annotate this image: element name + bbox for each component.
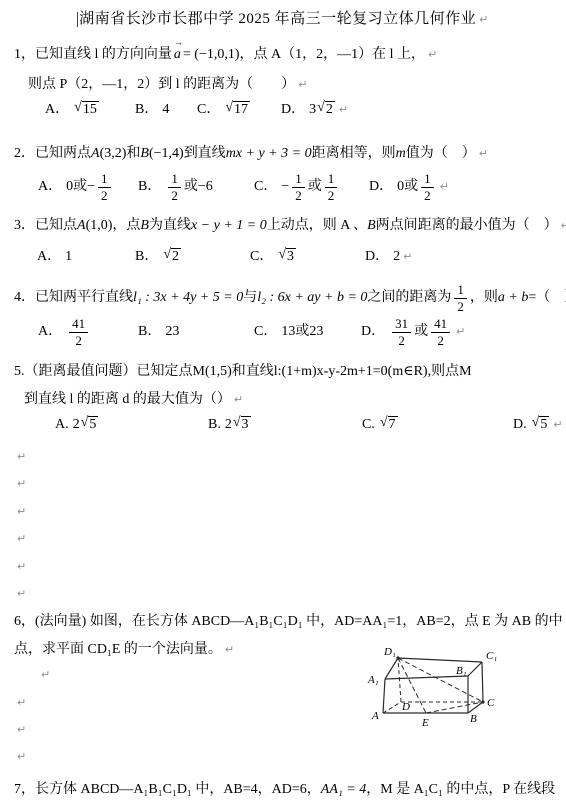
option-C: C．13 或 23 [254,323,361,341]
empty-line: ↵ [14,532,26,546]
paragraph-mark: ↵ [234,393,243,407]
text-run: mx + y + 3 = 0 [226,145,312,163]
option-label: D. [513,416,527,434]
text-run: a + b [498,289,528,307]
text-run: 之间的距离为 [367,289,451,307]
option-D: D．312或412↵ [361,317,465,347]
text-run: 4．已知两平行直线 [14,289,133,307]
paragraph-mark: ↵ [561,219,566,233]
square-root: √5 [532,416,550,433]
paragraph-mark: ↵ [339,103,348,117]
option-A: A．412 [38,317,138,347]
text-run: 或 [404,178,418,196]
page-title: 湖南省长沙市长郡中学 2025 年高三一轮复习立体几何作业 ↵ [0,10,566,29]
square-root: √5 [81,416,99,433]
text-run: 1，已知直线 l 的方向向量 [14,46,172,64]
text-run: (3,2) [100,145,127,163]
paragraph-mark: ↵ [298,78,307,92]
option-A: A.2 √5 [55,416,208,434]
text-run: 13 [281,323,295,341]
text-run: 或 [184,178,198,196]
option-label: B． [135,101,158,119]
text-run: 23 [165,323,179,341]
fraction: 12 [292,172,305,202]
text-run: 点，求平面 CD₁E 的一个法向量。 [14,641,222,659]
question-3-options: A．1B．√2C．√3D．2↵ [37,248,412,266]
text-run: M [459,363,471,381]
option-D: D．3√2↵ [281,101,348,119]
text-run: 到直线 [184,145,226,163]
text-run: 或 [295,323,309,341]
cuboid-figure: D₁ C₁ A₁ B₁ D C A B E [362,641,505,749]
question-5-options: A.2 √5B.2 √3C.√7D.√5↵ [55,416,563,434]
question-4-options: A．412B．23C．13 或 23D．312或412↵ [38,313,465,351]
option-D: D．0 或 12↵ [369,172,449,202]
vector-symbol: a [174,46,181,64]
fraction: 12 [325,172,338,202]
option-D: D．2↵ [365,248,412,266]
text-run: B [367,217,376,235]
paragraph-mark: ↵ [479,147,488,161]
text-run: 两点间距离的最小值为（ ） [376,217,558,235]
text-run: A [77,217,86,235]
vertex-label-D1: D₁ [383,646,396,658]
option-B: B．23 [138,323,254,341]
question-7-stem: 7，长方体 ABCD—A₁B₁C₁D₁ 中，AB=4，AD=6，AA₁ = 4 … [14,781,555,799]
question-6-stem-line-2: 点，求平面 CD₁E 的一个法向量。↵ [14,641,234,659]
text-run: 0 [66,178,73,196]
paragraph-mark: ↵ [225,643,234,657]
text-run: 则点 P（2，—1，2）到 l 的距离为（ ） [28,76,295,94]
paragraph-mark: ↵ [17,560,26,574]
text-run: 值为（ ） [406,145,476,163]
option-C: C．−12 或 12 [254,172,369,202]
text-run: 23 [309,323,323,341]
question-3-stem: 3．已知点 A(1,0)，点 B 为直线 x − y + 1 = 0 上动点，则… [14,217,566,235]
vertex-label-A: A [371,710,379,722]
text-run: l₂ : 6x + ay + b = 0 [257,289,367,307]
square-root: √17 [225,101,250,118]
option-label: B． [135,248,158,266]
question-1-stem-line-2: 则点 P（2，—1，2）到 l 的距离为（ ）↵ [28,76,307,94]
option-label: D． [361,323,385,341]
text-run: 1 [65,248,72,266]
text-run: ，点 [112,217,140,235]
text-run: 2 [225,416,232,434]
document-page: 湖南省长沙市长郡中学 2025 年高三一轮复习立体几何作业 ↵ 1，已知直线 l… [0,0,566,811]
text-run: 6，(法向量) 如图，在长方体 ABCD—A₁B₁C₁D₁ 中，AD=AA₁=1… [14,613,563,631]
empty-line: ↵ [14,750,26,764]
option-label: C． [254,323,277,341]
text-run: 3．已知点 [14,217,77,235]
text-run: 0 [397,178,404,196]
option-label: D． [369,178,393,196]
square-root: √2 [317,101,335,118]
text-run: 为直线 [149,217,191,235]
question-1-options: A．√15B．4C．√17D．3√2↵ [45,101,348,119]
text-run: m [396,145,406,163]
option-B: B.2 √3 [208,416,362,434]
vertex-label-D: D [401,701,410,713]
option-label: C. [362,416,375,434]
option-label: B． [138,178,161,196]
square-root: √3 [278,248,296,265]
text-run: 上动点，则 A 、 [267,217,367,235]
option-label: B. [208,416,221,434]
text-run: 和直线 [232,363,274,381]
fraction: 12 [98,172,111,202]
option-C: C．√17 [197,101,281,119]
paragraph-mark: ↵ [41,668,50,682]
text-run: 或 [73,178,87,196]
square-root: √7 [380,416,398,433]
option-label: D． [281,101,305,119]
vertex-dot-D1 [396,656,399,659]
fraction: 12 [454,283,467,313]
text-run: （ ） [536,289,566,307]
fraction: 12 [421,172,434,202]
text-run: 或 [414,323,428,341]
text-run: A [91,145,100,163]
text-run: 2．已知两点 [14,145,91,163]
option-label: A． [45,101,69,119]
option-label: A． [38,323,62,341]
option-label: A. [55,416,69,434]
paragraph-mark: ↵ [17,505,26,519]
empty-line: ↵ [14,450,26,464]
text-run: ，则 [470,289,498,307]
empty-line: ↵ [14,477,26,491]
text-run: M(1,5) [193,363,232,381]
text-run: 或 [308,178,322,196]
text-run: 则点 [431,363,459,381]
paragraph-mark: ↵ [17,723,26,737]
option-label: C． [197,101,220,119]
square-root: √2 [163,248,181,265]
text-run: (−1,4) [149,145,184,163]
text-cursor [77,12,78,27]
text-run: 3 [309,101,316,119]
option-label: C． [250,248,273,266]
text-run: B [140,145,149,163]
fraction: 412 [69,317,88,347]
paragraph-mark: ↵ [17,532,26,546]
option-B: B．4 [135,101,197,119]
text-run: 5.（距离最值问题）已知定点 [14,363,193,381]
question-5-stem-line-2: 到直线 l 的距离 d 的最大值为（）↵ [24,391,243,409]
square-root: √3 [233,416,251,433]
text-run: ，M 是 A₁C₁ 的中点，P 在线段 [366,781,555,799]
option-B: B．12 或 −6 [138,172,254,202]
paragraph-mark: ↵ [17,696,26,710]
text-run: 4 [162,101,169,119]
empty-line: ↵ [14,723,26,737]
text-run: 与 [243,289,257,307]
fraction: 312 [392,317,411,347]
text-run: − [281,178,289,196]
text-run: l₁ : 3x + 4y + 5 = 0 [133,289,243,307]
option-D: D.√5↵ [513,416,563,434]
paragraph-mark: ↵ [17,477,26,491]
cuboid-diagram: D₁ C₁ A₁ B₁ D C A B E [362,641,505,749]
vertex-label-A1: A₁ [367,674,379,686]
empty-line: ↵ [14,505,26,519]
text-run: B [140,217,149,235]
empty-line: ↵ [14,696,26,710]
option-label: C． [254,178,277,196]
vertex-dot-C [481,700,484,703]
text-run: 到直线 l 的距离 d 的最大值为（） [24,391,231,409]
paragraph-mark: ↵ [17,587,26,601]
question-2-stem: 2．已知两点 A(3,2) 和 B(−1,4) 到直线 mx + y + 3 =… [14,145,488,163]
text-run: 2 [73,416,80,434]
option-B: B．√2 [135,248,250,266]
text-run: 2 [393,248,400,266]
paragraph-mark: ↵ [428,48,437,62]
question-4-stem: 4．已知两平行直线 l₁ : 3x + 4y + 5 = 0 与 l₂ : 6x… [14,283,566,313]
text-run: 7，长方体 ABCD—A₁B₁C₁D₁ 中，AB=4，AD=6， [14,781,321,799]
empty-line: ↵ [38,668,50,682]
text-run: 和 [126,145,140,163]
option-label: D． [365,248,389,266]
paragraph-mark: ↵ [553,418,562,432]
paragraph-mark: ↵ [440,180,449,194]
vertex-label-C: C [487,697,495,709]
fraction: 12 [168,172,181,202]
text-run: AA₁ = 4 [321,781,366,799]
paragraph-mark: ↵ [479,13,489,27]
paragraph-mark: ↵ [17,450,26,464]
empty-line: ↵ [14,587,26,601]
text-run: − [87,178,95,196]
paragraph-mark: ↵ [456,325,465,339]
vertex-label-C1: C₁ [486,650,497,662]
vertex-label-E: E [421,717,429,729]
fraction: 412 [431,317,450,347]
option-A: A．1 [37,248,135,266]
paragraph-mark: ↵ [403,250,412,264]
page-title-text: 湖南省长沙市长郡中学 2025 年高三一轮复习立体几何作业 [79,10,476,29]
option-C: C.√7 [362,416,513,434]
vertex-label-B: B [470,713,477,725]
vertex-label-B1: B₁ [456,665,467,677]
option-label: B． [138,323,161,341]
text-run: = [528,289,536,307]
text-run: x − y + 1 = 0 [191,217,267,235]
option-label: A． [37,248,61,266]
text-run: = (−1,0,1) [183,46,240,64]
question-1-stem-line-1: 1，已知直线 l 的方向向量 a = (−1,0,1)，点 A（1，2，—1）在… [14,46,437,64]
square-root: √15 [74,101,99,118]
text-run: (1,0) [86,217,113,235]
option-A: A．√15 [45,101,135,119]
question-5-stem-line-1: 5.（距离最值问题）已知定点 M(1,5)和直线 l:(1+m)x-y-2m+1… [14,363,472,381]
option-label: A． [38,178,62,196]
paragraph-mark: ↵ [17,750,26,764]
empty-line: ↵ [14,560,26,574]
text-run: −6 [198,178,213,196]
question-6-stem-line-1: 6，(法向量) 如图，在长方体 ABCD—A₁B₁C₁D₁ 中，AD=AA₁=1… [14,613,563,631]
question-2-options: A．0 或 −12B．12 或 −6C．−12 或 12D．0 或 12↵ [38,168,449,206]
text-run: l:(1+m)x-y-2m+1=0(m∈R), [274,363,431,381]
text-run: ，点 A（1，2，—1）在 l 上， [240,46,426,64]
option-C: C．√3 [250,248,365,266]
text-run: 距离相等，则 [312,145,396,163]
option-A: A．0 或 −12 [38,172,138,202]
